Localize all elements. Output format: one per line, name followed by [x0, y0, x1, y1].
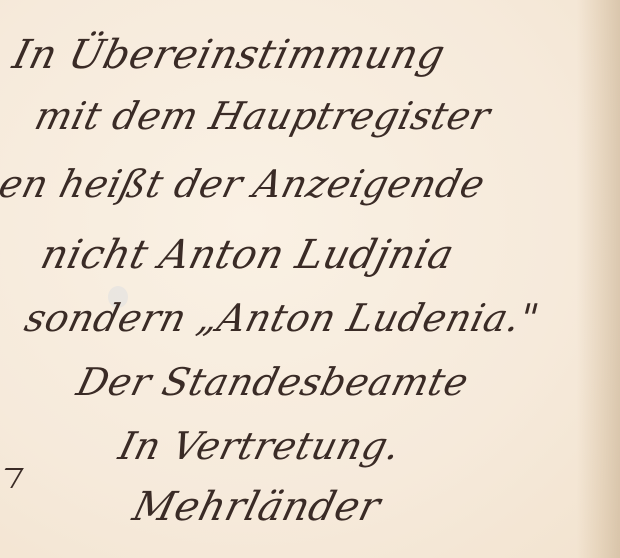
- handwritten-line-4: nicht Anton Ludjnia: [36, 232, 459, 278]
- handwritten-line-1: In Übereinstimmung: [8, 32, 449, 78]
- handwritten-line-5: sondern „Anton Ludenia.": [21, 296, 544, 340]
- paper-page: In Übereinstimmung mit dem Hauptregister…: [0, 0, 620, 558]
- signature-name: Mehrländer: [128, 484, 385, 530]
- handwritten-line-2: mit dem Hauptregister: [31, 94, 495, 138]
- stray-ink-stroke: [0, 468, 24, 488]
- handwritten-line-3: en heißt der Anzeigende: [0, 162, 490, 206]
- signature-title: Der Standesbeamte: [73, 360, 474, 404]
- signature-capacity: In Vertretung.: [115, 424, 406, 468]
